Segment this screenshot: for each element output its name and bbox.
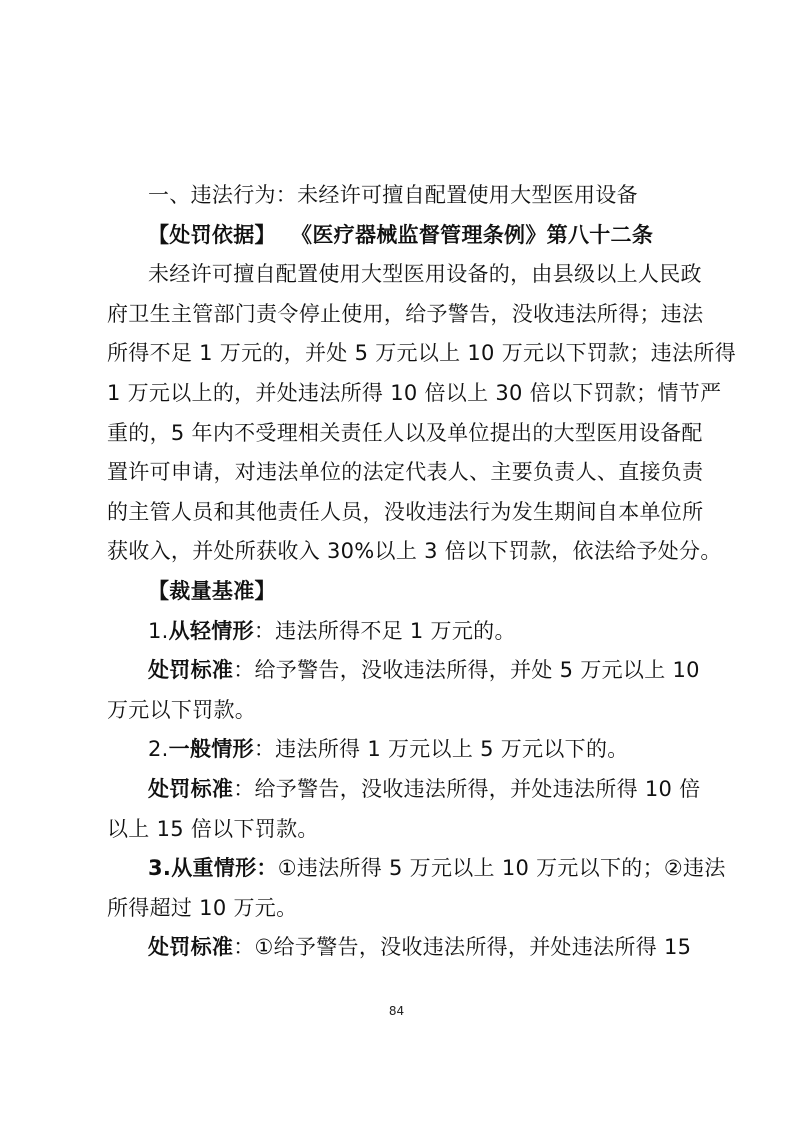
- level-name: 从轻情形: [169, 619, 254, 643]
- standard-label: 处罚标准: [148, 935, 233, 959]
- basis-text-line: 未经许可擅自配置使用大型医用设备的，由县级以上人民政: [107, 255, 697, 295]
- basis-text-line: 的主管人员和其他责任人员，没收违法行为发生期间自本单位所: [107, 493, 697, 533]
- level-3-standard: 处罚标准：①给予警告，没收违法所得，并处违法所得 15: [107, 928, 697, 968]
- basis-text-line: 1 万元以上的，并处违法所得 10 倍以上 30 倍以下罚款；情节严: [107, 374, 697, 414]
- discretion-heading: 【裁量基准】: [107, 572, 697, 612]
- penalty-basis: 【处罚依据】 《医疗器械监督管理条例》第八十二条: [107, 216, 697, 256]
- level-name: 一般情形: [169, 737, 254, 761]
- standard-label: 处罚标准: [148, 777, 233, 801]
- level-1-standard: 处罚标准：给予警告，没收违法所得，并处 5 万元以上 10: [107, 651, 697, 691]
- level-2-standard-cont: 以上 15 倍以下罚款。: [107, 810, 697, 850]
- level-3-condition: 3.从重情形：①违法所得 5 万元以上 10 万元以下的；②违法: [107, 849, 697, 889]
- basis-text-line: 置许可申请，对违法单位的法定代表人、主要负责人、直接负责: [107, 453, 697, 493]
- level-1-standard-cont: 万元以下罚款。: [107, 691, 697, 731]
- basis-text-line: 重的，5 年内不受理相关责任人以及单位提出的大型医用设备配: [107, 414, 697, 454]
- level-3-condition-cont: 所得超过 10 万元。: [107, 889, 697, 929]
- level-2-standard: 处罚标准：给予警告，没收违法所得，并处违法所得 10 倍: [107, 770, 697, 810]
- basis-law: 《医疗器械监督管理条例》第八十二条: [291, 223, 653, 247]
- basis-text-line: 所得不足 1 万元的，并处 5 万元以上 10 万元以下罚款；违法所得: [107, 334, 697, 374]
- level-2-condition: 2.一般情形：违法所得 1 万元以上 5 万元以下的。: [107, 730, 697, 770]
- level-name: 从重情形：: [171, 856, 278, 880]
- page-number: 84: [0, 1004, 793, 1018]
- document-page: 一、违法行为：未经许可擅自配置使用大型医用设备 【处罚依据】 《医疗器械监督管理…: [107, 176, 697, 968]
- basis-label: 【处罚依据】: [148, 223, 276, 247]
- level-1-condition: 1.从轻情形：违法所得不足 1 万元的。: [107, 612, 697, 652]
- basis-text-line: 获收入，并处所获收入 30%以上 3 倍以下罚款，依法给予处分。: [107, 532, 697, 572]
- standard-label: 处罚标准: [148, 658, 233, 682]
- basis-text-line: 府卫生主管部门责令停止使用，给予警告，没收违法所得；违法: [107, 295, 697, 335]
- violation-heading: 一、违法行为：未经许可擅自配置使用大型医用设备: [107, 176, 697, 216]
